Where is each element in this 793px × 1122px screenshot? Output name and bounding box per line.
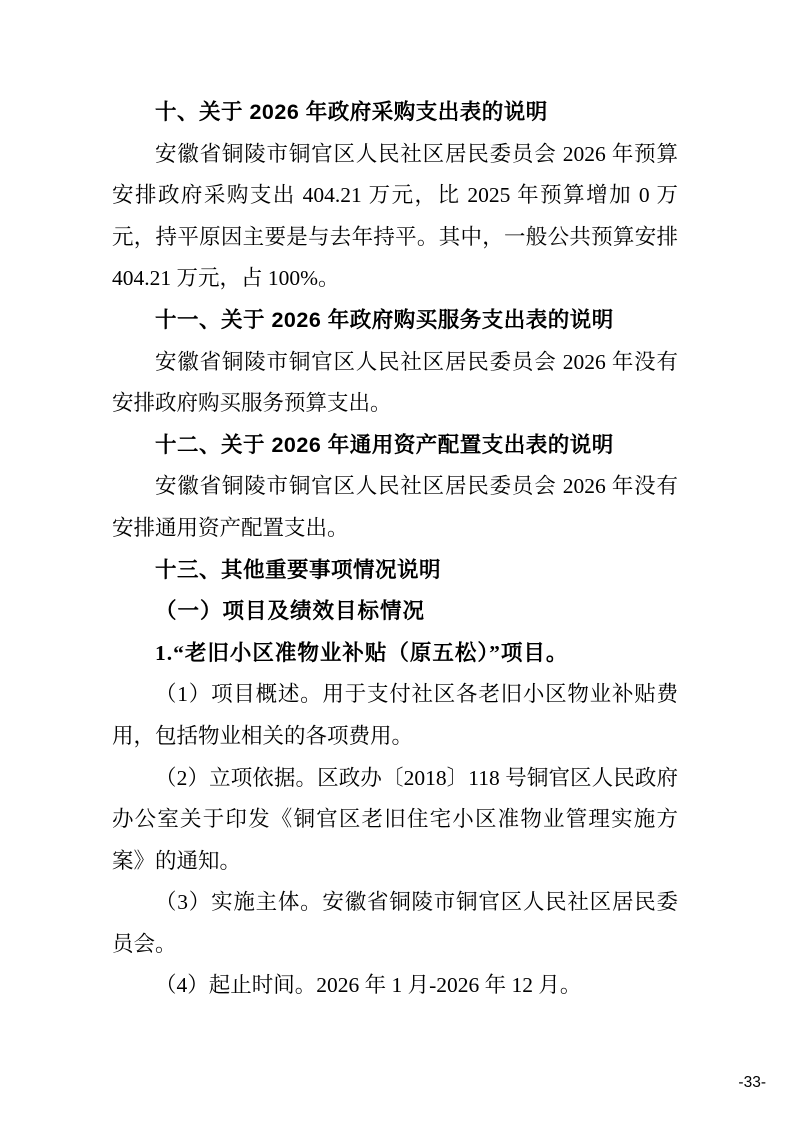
document-page: 十、关于 2026 年政府采购支出表的说明 安徽省铜陵市铜官区人民社区居民委员会… <box>0 0 793 1122</box>
section-heading-11: 十一、关于 2026 年政府购买服务支出表的说明 <box>112 300 678 342</box>
section-heading-10: 十、关于 2026 年政府采购支出表的说明 <box>112 92 678 134</box>
section-heading-13: 十三、其他重要事项情况说明 <box>112 550 678 592</box>
section-12-paragraph: 安徽省铜陵市铜官区人民社区居民委员会 2026 年没有安排通用资产配置支出。 <box>112 466 678 549</box>
section-10-paragraph: 安徽省铜陵市铜官区人民社区居民委员会 2026 年预算安排政府采购支出 404.… <box>112 134 678 300</box>
project-1-duration-paragraph: （4）起止时间。2026 年 1 月-2026 年 12 月。 <box>112 965 678 1007</box>
section-11-paragraph: 安徽省铜陵市铜官区人民社区居民委员会 2026 年没有安排政府购买服务预算支出。 <box>112 342 678 425</box>
project-1-entity-paragraph: （3）实施主体。安徽省铜陵市铜官区人民社区居民委员会。 <box>112 882 678 965</box>
subsection-heading-1: （一）项目及绩效目标情况 <box>112 591 678 633</box>
document-body: 十、关于 2026 年政府采购支出表的说明 安徽省铜陵市铜官区人民社区居民委员会… <box>112 92 678 1007</box>
project-1-basis-paragraph: （2）立项依据。区政办〔2018〕118 号铜官区人民政府办公室关于印发《铜官区… <box>112 758 678 883</box>
section-heading-12: 十二、关于 2026 年通用资产配置支出表的说明 <box>112 425 678 467</box>
project-1-title: 1.“老旧小区准物业补贴（原五松）”项目。 <box>112 633 678 675</box>
page-number: -33- <box>738 1074 766 1092</box>
project-1-overview-paragraph: （1）项目概述。用于支付社区各老旧小区物业补贴费用，包括物业相关的各项费用。 <box>112 674 678 757</box>
